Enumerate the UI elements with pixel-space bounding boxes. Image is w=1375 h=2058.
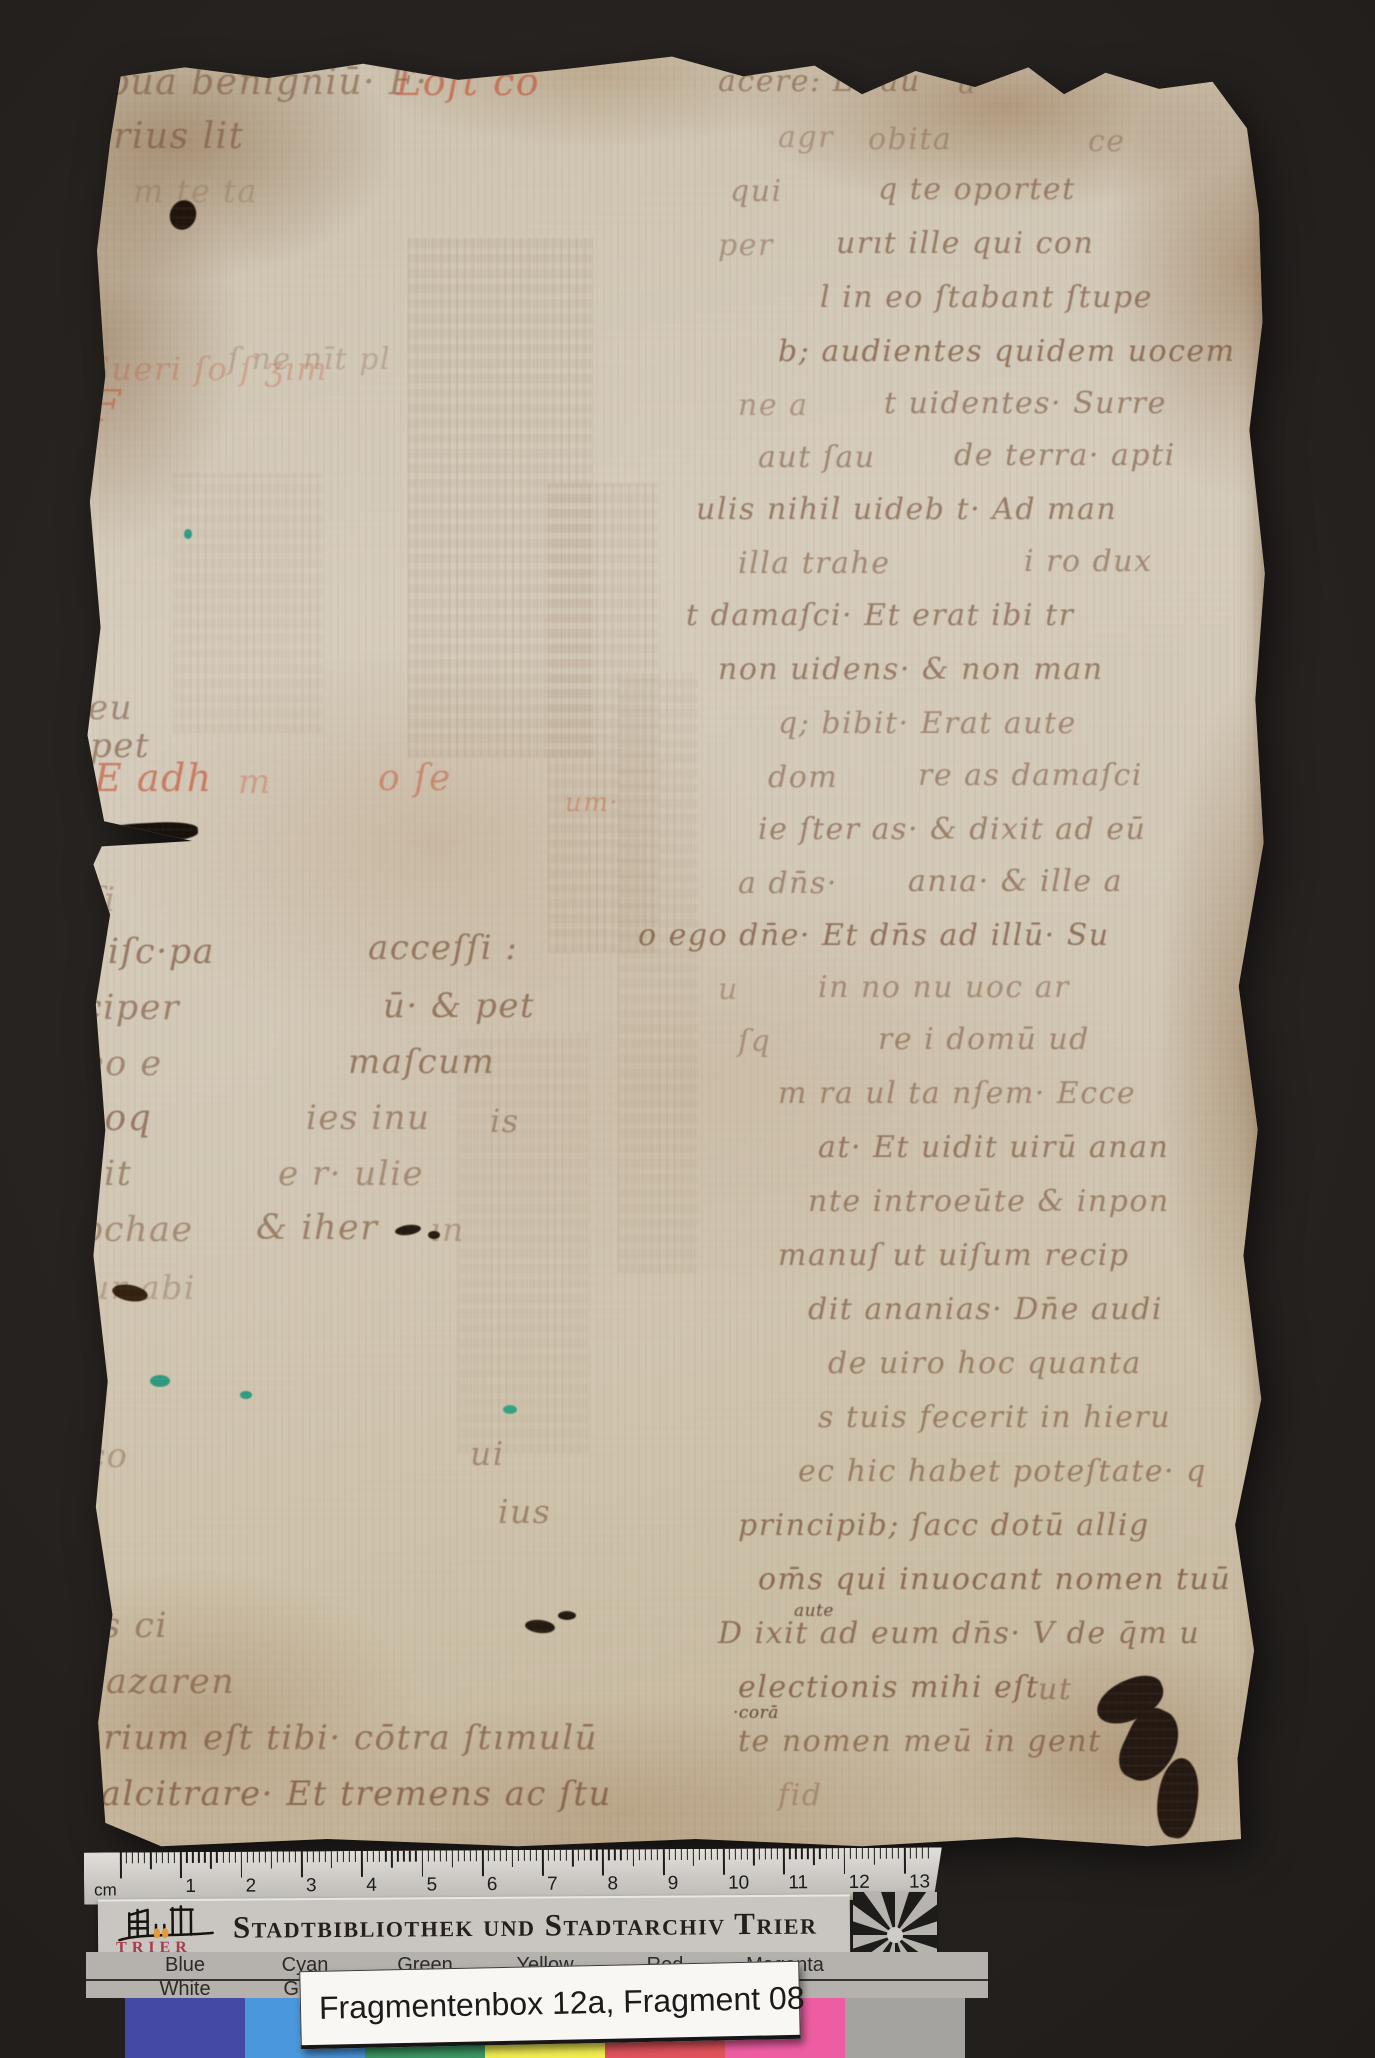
manuscript-text-line: um· [565,790,619,816]
manuscript-text-line: e r· ulie [278,1157,424,1191]
ruler-tick [421,1851,423,1877]
ruler-tick [458,1850,459,1861]
ruler-tick [663,1849,665,1875]
ruler-tick [349,1851,350,1862]
ruler-tick [216,1852,217,1863]
ruler-tick [590,1850,591,1861]
color-patch [845,1998,965,2058]
manuscript-text-line: ſq [738,1027,771,1057]
ruler-tick [144,1852,145,1863]
ruler-tick [379,1851,380,1862]
color-patch [125,1998,245,2058]
manuscript-text-line: is [490,1105,520,1137]
ruler-tick [524,1850,525,1861]
manuscript-text-line: ie ſter as· & dixit ad eū [758,815,1146,845]
ruler-tick [482,1850,484,1876]
color-label: Blue [165,1954,205,1977]
manuscript-text-line: q te oportet [878,175,1076,205]
ruler-tick [427,1851,428,1862]
fragment-label-text: Fragmentenbox 12a, Fragment 08 [319,1980,805,2027]
manuscript-text-line: t uidentes· Surre [884,389,1167,419]
ruler-tick [271,1851,272,1868]
manuscript-text-line: ut [1038,1675,1072,1705]
manuscript-text-line: nte introeūte & inpon [808,1187,1170,1217]
ruler-tick [898,1848,899,1859]
manuscript-text-line: electionis mihi eſt [738,1673,1039,1703]
parchment-shadow: pua benigniū· F·Loſt coorius litm te ta… [0,0,1375,2058]
ruler-tick [259,1852,260,1863]
manuscript-text-line: de uiro hoc quanta [828,1349,1142,1379]
ruler-tick [476,1850,477,1861]
ink-spot [394,1223,421,1237]
manuscript-text-line: non uidens· & non man [718,655,1104,685]
ruler-tick [385,1851,386,1862]
ruler-tick [862,1848,863,1859]
ruler-tick [415,1851,416,1862]
ruler-tick [886,1848,887,1859]
ruler-tick [813,1848,814,1865]
ruler-unit-label: cm [94,1880,117,1900]
ruler-tick [530,1850,531,1861]
ruler-tick [397,1851,398,1862]
ruler-tick [228,1852,229,1863]
ruler-tick [699,1849,700,1860]
manuscript-text-line: om̄s qui inuocant nomen tuū [758,1565,1231,1595]
manuscript-text-line: maſcum [348,1045,495,1079]
ruler-tick [910,1848,911,1859]
ruler-tick [747,1849,748,1860]
ruler-number: 13 [909,1871,930,1893]
ink-spot [98,820,199,845]
ruler-tick [409,1851,410,1862]
ruler-tick [705,1849,706,1860]
ruler-tick [518,1850,519,1861]
manuscript-text-line: urıt ille qui con [836,229,1094,259]
ruler-tick [584,1850,585,1861]
institution-name: Stadtbibliothek und Stadtarchiv Trier [233,1897,818,1959]
manuscript-text-line: eu [88,691,133,725]
ruler-tick [771,1848,772,1859]
manuscript-text-line: co [86,1439,129,1473]
ruler-tick [283,1851,284,1862]
ruler-tick [240,1852,242,1878]
ruler-tick [753,1849,754,1866]
ruler-tick [253,1852,254,1863]
ruler-tick [361,1851,363,1877]
ruler-tick [355,1851,356,1862]
manuscript-text-line: urium eſt tibi· cōtra ſtımulū [80,1721,598,1755]
ruler-tick [554,1850,555,1861]
manuscript-text-line: dit ananias· Dn̄e audi [808,1295,1163,1325]
manuscript-text-line: illa trahe [738,549,891,579]
fragment-label: Fragmentenbox 12a, Fragment 08 [299,1961,801,2049]
show-through-band [173,473,323,733]
ruler-tick [246,1852,247,1863]
manuscript-text-line: ſi [90,883,116,917]
manuscript-text-line: ec hic habet poteſtate· q [798,1457,1207,1487]
ruler-tick [277,1851,278,1862]
ruler-tick [138,1852,139,1863]
ruler-tick [289,1851,290,1862]
ruler-tick [512,1850,513,1867]
ruler-tick [174,1852,175,1863]
ruler-tick [126,1852,127,1863]
ruler-tick [825,1848,826,1859]
manuscript-text-line: ·corā [733,1705,779,1722]
manuscript-text-line: goq [80,1101,152,1137]
ruler-tick [644,1849,645,1860]
manuscript-text-line: fid [778,1781,822,1811]
ruler-tick [120,1852,122,1878]
ruler-tick [626,1849,627,1860]
manuscript-text-line: obita [868,125,952,155]
ruler-tick [506,1850,507,1861]
ruler-tick [904,1848,906,1874]
ruler-tick [675,1849,676,1860]
ruler-tick [560,1850,561,1861]
ruler-tick [343,1851,344,1862]
ruler-number: 6 [487,1874,498,1896]
manuscript-text-line: de terra· apti [954,441,1176,471]
manuscript-text-line: i ro dux [1024,547,1153,577]
ruler-tick [186,1852,187,1863]
ruler-tick [210,1852,211,1869]
manuscript-text-line: m te ta [133,175,258,207]
ruler-tick [234,1852,235,1863]
manuscript-text-line: re as damaſci [918,761,1143,791]
manuscript-text-line: D ixit ad eum dn̄s· V de q̄m u [718,1619,1200,1649]
ruler-tick [777,1848,778,1859]
ruler-tick [464,1850,465,1861]
ruler-tick [451,1850,452,1867]
ruler-tick [602,1849,604,1875]
ruler-tick [156,1852,157,1863]
ruler-tick [892,1848,893,1859]
photograph: pua benigniū· F·Loſt coorius litm te ta… [0,0,1375,2058]
ruler-number: 3 [306,1875,317,1897]
manuscript-text-line: acceſſi : [368,931,518,965]
manuscript-text-line: ne a [738,391,809,421]
ruler-tick [735,1849,736,1860]
manuscript-text-line: s tuis fecerit in hieru [818,1403,1171,1433]
ruler-tick [868,1848,869,1859]
manuscript-text-line: at· Et uidit uirū anan [818,1133,1169,1163]
ruler-tick [331,1851,332,1868]
manuscript-text-line: pua benigniū· F· [106,65,428,101]
ruler-tick [578,1850,579,1861]
manuscript-text-line: b; audientes quidem uocem [778,337,1236,367]
ink-spot [558,1611,576,1620]
ruler-tick [723,1849,725,1875]
ruler-number: 2 [246,1876,257,1898]
manuscript-text-line: in no nu uoc ar [818,973,1070,1003]
ruler-tick [874,1848,875,1865]
manuscript-text-line: ciper [82,991,180,1026]
manuscript-text-line: pchae [80,1213,194,1248]
ruler-tick [795,1848,796,1859]
manuscript-text-line: manuſ ut uiſum recip [778,1241,1130,1271]
manuscript-text-line: q; bibit· Erat aute [778,709,1077,739]
ruler-number: 1 [185,1876,196,1898]
ruler-tick [494,1850,495,1861]
ruler-tick [880,1848,881,1859]
ruler-tick [313,1851,314,1862]
manuscript-text-line: m ra ul ta nſem· Ecce [778,1079,1136,1109]
manuscript-text-line: uit [80,1157,132,1192]
ruler-tick [922,1847,923,1858]
manuscript-text-line: t damaſci· Et erat ibi tr [686,601,1074,631]
manuscript-fragment: pua benigniū· F·Loſt coorius litm te ta… [78,53,1266,1848]
ruler-tick [301,1851,303,1877]
ruler-tick [687,1849,688,1860]
show-through-band [408,238,593,758]
ruler-tick [916,1848,917,1859]
ruler-tick [638,1849,639,1860]
ruler-tick [789,1848,790,1859]
manuscript-text-line: Sueri ſo ſ ʒım [88,353,328,385]
manuscript-text-line: calcitrare· Et tremens ac ſtu [80,1777,612,1811]
manuscript-text-line: ū· & pet [383,989,535,1023]
ruler-tick [741,1849,742,1860]
ruler-tick [855,1848,856,1859]
ruler-tick [168,1852,169,1863]
ruler-tick [162,1852,163,1863]
trier-logo-icon [112,1903,220,1944]
ruler-tick [325,1851,326,1862]
manuscript-text-line: a dn̄s· [738,869,838,899]
show-through-band [548,483,658,953]
manuscript-text-line: E adh [94,759,213,797]
manuscript-text-line: l in eo ſtabant ſtupe [820,283,1153,313]
ruler-tick [548,1850,549,1861]
ink-spot [1247,1744,1277,1816]
ruler-tick [807,1848,808,1859]
ruler-tick [650,1849,651,1860]
ink-spot [428,1231,440,1239]
manuscript-text-line: es ci [80,1609,168,1644]
ruler-number: 8 [607,1873,618,1895]
ruler-tick [500,1850,501,1861]
manuscript-text-line: o ſe [378,761,452,797]
manuscript-text-line: qui [730,177,783,207]
ruler-tick [337,1851,338,1862]
ruler-number: 10 [728,1873,749,1895]
ruler-tick [192,1852,193,1863]
ruler-tick [656,1849,657,1860]
manuscript-text-line: ın [430,1213,465,1246]
manuscript-text-line: F [90,385,122,429]
manuscript-text-line: acere: Et au [718,67,921,97]
ruler-tick [572,1850,573,1867]
manuscript-text-line: principib; ſacc dotū allig [738,1511,1150,1541]
ink-spot [524,1618,555,1634]
manuscript-text-line: ius [498,1495,551,1528]
manuscript-text-line: u [718,975,739,1005]
manuscript-text-line: ce [1088,127,1126,157]
ruler-tick [566,1850,567,1861]
ruler-tick [669,1849,670,1860]
ruler-tick [536,1850,537,1861]
ruler-tick [470,1850,471,1861]
ink-spot [240,1391,252,1399]
manuscript-text-line: agr [778,123,834,153]
ruler-tick [819,1848,820,1859]
manuscript-text-line: m [238,765,272,799]
manuscript-text-line: o ego dn̄e· Et dn̄s ad illū· Su [638,921,1110,951]
ruler-tick [403,1851,404,1862]
ruler-tick [445,1850,446,1861]
ruler-tick [801,1848,802,1859]
ruler-tick [367,1851,368,1862]
ruler-tick [681,1849,682,1860]
manuscript-text-line: re i domū ud [878,1025,1090,1055]
ruler-tick [608,1849,609,1860]
ruler-tick [295,1851,296,1862]
ruler-tick [542,1850,544,1876]
ruler-number: 11 [788,1872,808,1894]
ruler-tick [765,1848,766,1859]
manuscript-text-line: Loſt co [396,63,540,101]
ruler-tick [632,1849,633,1866]
ruler-tick [180,1852,182,1878]
ruler-tick [620,1849,621,1860]
show-through-band [458,1033,588,1453]
ruler-tick [391,1851,392,1868]
ruler-tick [319,1851,320,1862]
ruler-tick [433,1850,434,1861]
manuscript-text-line: per [718,231,774,261]
ruler-tick [614,1849,615,1860]
ruler-tick [373,1851,374,1862]
ruler-tick [717,1849,718,1860]
manuscript-text-line: ulis nihil uideb t· Ad man [696,495,1117,525]
manuscript-text-line: p [80,1325,105,1361]
ruler-number: 12 [849,1872,870,1894]
ruler-tick [265,1852,266,1863]
ruler-tick [711,1849,712,1860]
ruler-tick [596,1849,597,1860]
manuscript-text-line: aute [794,1603,834,1620]
ruler-tick [222,1852,223,1863]
ruler-tick [783,1848,785,1874]
manuscript-text-line: nazaren [82,1665,235,1700]
ruler-tick [831,1848,832,1859]
manuscript-text-line: eo e [83,1047,163,1082]
ruler-tick [843,1848,845,1874]
ruler-tick [132,1852,133,1863]
ruler-number: 5 [426,1874,437,1896]
manuscript-text-line: a [958,69,977,99]
ruler-tick [488,1850,489,1861]
manuscript-text-line: dom [768,763,838,793]
manuscript-text-line: diſc·pa [84,935,215,970]
show-through-band [618,673,698,1273]
manuscript-text-line: & iher [256,1211,378,1246]
ruler-number: 9 [668,1873,679,1895]
ruler-tick [849,1848,850,1859]
manuscript-text-line: te nomen meū in gent [738,1727,1102,1757]
manuscript-text-line: anıa· & ille a [908,867,1123,897]
manuscript-text-line: orius lit [90,119,245,155]
ruler-number: 4 [366,1875,377,1897]
ruler-tick [307,1851,308,1862]
manuscript-text-line: ies inu [306,1101,430,1135]
manuscript-text-line: aut ſau [758,443,876,473]
ruler-tick [759,1848,760,1859]
ink-spot [503,1405,517,1414]
ink-spot [150,1375,170,1387]
ruler-tick [837,1848,838,1859]
ruler-tick [928,1847,929,1858]
ruler-tick [198,1852,199,1863]
ink-spot [184,529,192,539]
ruler-tick [693,1849,694,1866]
ruler-number: 7 [547,1874,558,1896]
ruler-tick [729,1849,730,1860]
manuscript-text-line: ui [470,1437,505,1470]
ruler-tick [439,1850,440,1861]
ruler-tick [204,1852,205,1863]
ruler-tick [150,1852,151,1869]
